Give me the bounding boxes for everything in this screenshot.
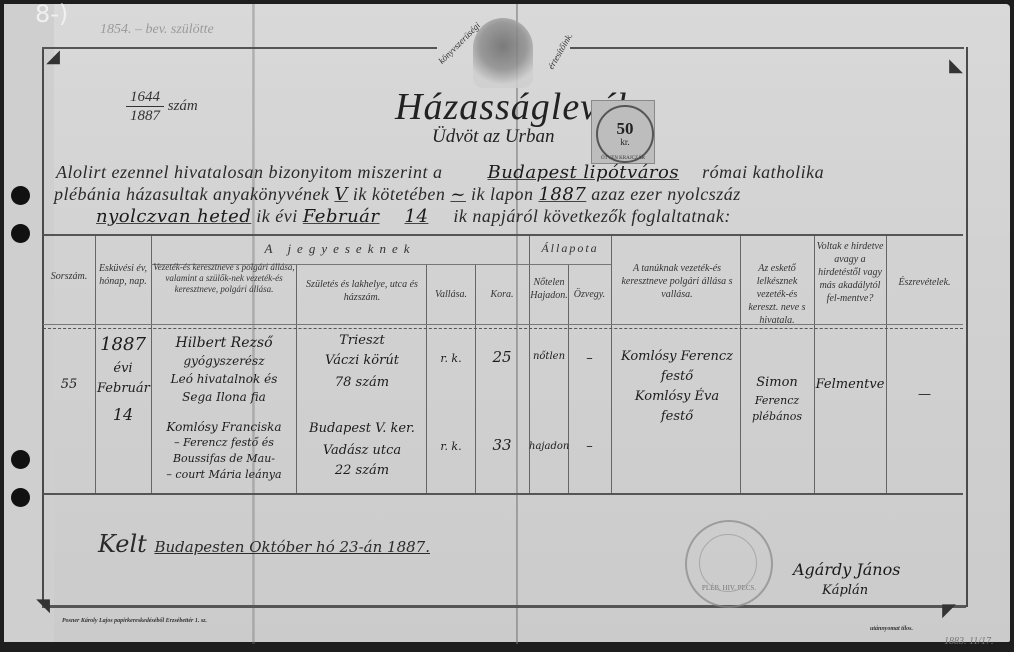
stamp-caption: ÖTVEN KRAJCZÁR — [592, 156, 654, 161]
registry-number: 1644 1887 szám — [126, 88, 198, 125]
col-header-age: Kora. — [475, 288, 529, 301]
certificate-line-3: nyolczvan heted ik évi Február 14 ik nap… — [96, 206, 731, 227]
col-header-remarks: Észrevételek. — [886, 276, 963, 289]
stamp-unit: kr. — [620, 137, 629, 147]
pencil-note: 1854. – bev. szülötte — [100, 22, 214, 38]
parish-seal: PLÉB. HIV. PECS. — [685, 520, 773, 608]
corner-ornament-icon: ◤ — [938, 599, 960, 621]
printed-text: ik kötetében — [353, 184, 445, 204]
printed-text: ik napjáról következők foglaltatnak: — [453, 206, 730, 226]
bride-age: 33 — [475, 436, 529, 454]
col-header-witnesses: A tanúknak vezeték-és keresztneve polgár… — [615, 262, 739, 301]
handwritten-year-words: nyolczvan heted — [96, 206, 251, 227]
entry-day: 14 — [97, 406, 149, 424]
handwritten-day: 14 — [405, 206, 429, 227]
printed-text: ik évi — [256, 206, 297, 226]
groom-address: Váczi körút — [299, 352, 425, 370]
seal-text: PLÉB. HIV. PECS. — [687, 584, 771, 592]
witness-2-occupation: festő — [615, 408, 739, 426]
corner-ornament-icon: ◥ — [32, 594, 54, 616]
groom-widowed: – — [568, 350, 611, 368]
col-header-birthplace: Születés és lakhelye, utca és házszám. — [299, 278, 425, 304]
marriage-register-table: A jegyeseknek Állapota Sorszám. Esküvési… — [43, 234, 963, 495]
groom-religion: r. k. — [427, 350, 475, 368]
handwritten-year: 1887 — [538, 184, 586, 205]
certificate-line-2: plébánia házasultak anyakönyvének V ik k… — [54, 184, 741, 205]
witness-2-name: Komlósy Éva — [615, 388, 739, 406]
bride-parents: – court Mária leánya — [153, 466, 295, 484]
stamp-value: 50 — [617, 121, 634, 137]
groom-house-number: 78 szám — [299, 374, 425, 392]
printed-text: Alolirt ezennel hivatalosan bizonyitom m… — [56, 162, 442, 182]
reprint-notice: utánnyomat tilos. — [870, 626, 913, 632]
entry-year: 1887 — [97, 336, 149, 354]
entry-month: Február — [97, 380, 149, 398]
bride-address: Vadász utca — [299, 442, 425, 460]
groom-parents: Sega Ilona fia — [153, 388, 295, 406]
date-issued: Kelt Budapesten Október hó 23-án 1887. — [98, 530, 430, 558]
groom-parents: Leó hivatalnok és — [153, 370, 295, 388]
groom-occupation: gyógyszerész — [153, 352, 295, 370]
frame-bottom — [42, 605, 966, 608]
col-header-priest: Az eskető lelkésznek vezeték-és kereszt.… — [741, 262, 813, 327]
printed-text: plébánia házasultak anyakönyvének — [54, 184, 329, 204]
groom-name: Hilbert Rezső — [153, 334, 295, 352]
banns-status: Felmentve — [815, 376, 885, 394]
groom-birthplace: Trieszt — [299, 332, 425, 350]
bride-house-number: 22 szám — [299, 462, 425, 480]
witness-1-occupation: festő — [615, 368, 739, 386]
punch-hole — [11, 224, 30, 243]
corner-ornament-icon: ◢ — [42, 45, 64, 67]
bride-birthplace: Budapest V. ker. — [299, 420, 425, 438]
corner-ornament-icon: ◣ — [945, 54, 967, 76]
column-divider — [296, 264, 297, 493]
groom-age: 25 — [475, 348, 529, 366]
registry-number-bottom: 1887 — [126, 107, 164, 125]
registry-suffix: szám — [168, 98, 198, 114]
column-divider — [95, 236, 96, 493]
witness-1-name: Komlósy Ferencz — [615, 348, 739, 366]
col-header-sorszam: Sorszám. — [43, 270, 95, 283]
header-divider — [529, 264, 611, 265]
printed-text: római katholika — [702, 162, 824, 182]
signature-title: Káplán — [822, 583, 868, 598]
column-divider — [886, 236, 887, 493]
fold-dashed-line — [43, 328, 963, 329]
archive-folder-number: 8-) — [35, 0, 68, 28]
handwritten-month: Február — [303, 206, 380, 227]
frame-top-left — [42, 47, 437, 49]
groom-status: nőtlen — [529, 348, 569, 366]
kelt-place-date: Budapesten Október hó 23-án 1887. — [154, 538, 430, 556]
document-greeting: Üdvöt az Urban — [432, 126, 554, 148]
punch-hole — [11, 450, 30, 469]
group-header-couple: A jegyeseknek — [151, 242, 529, 255]
kelt-label: Kelt — [98, 530, 147, 558]
header-bottom-line — [43, 324, 963, 325]
column-divider — [151, 236, 152, 493]
remarks: — — [886, 386, 963, 404]
col-header-banns: Voltak e hirdetve avagy a hirdetéstől va… — [815, 240, 885, 305]
frame-top-right — [570, 47, 964, 49]
punch-hole — [11, 488, 30, 507]
handwritten-volume: V — [334, 184, 348, 205]
printed-text: ik lapon — [471, 184, 534, 204]
priest-title: plébános — [741, 408, 813, 426]
bride-widowed: – — [568, 438, 611, 456]
handwritten-parish: Budapest lipótváros — [487, 162, 679, 183]
entry-year-word: évi — [97, 360, 149, 378]
col-header-widowed: Özvegy. — [568, 288, 611, 301]
col-header-religion: Vallása. — [427, 288, 475, 301]
column-divider — [611, 236, 612, 493]
col-header-name: Vezeték-és keresztneve s polgári állása,… — [153, 262, 295, 295]
registry-number-top: 1644 — [126, 88, 164, 107]
col-header-single: Nőtelen Hajadon. — [530, 276, 568, 302]
bride-religion: r. k. — [427, 438, 475, 456]
printed-text: azaz ezer nyolcszáz — [591, 184, 741, 204]
bride-status: hajadon — [529, 438, 569, 456]
handwritten-page: ~ — [450, 184, 466, 205]
entry-number: 55 — [43, 376, 95, 394]
holy-family-emblem-icon — [473, 18, 533, 88]
col-header-eskuvo: Esküvési év, hónap, nap. — [97, 262, 149, 288]
signature: Agárdy János — [793, 560, 900, 579]
punch-hole — [11, 186, 30, 205]
revenue-stamp: 50 kr. ÖTVEN KRAJCZÁR — [591, 100, 655, 164]
group-header-status: Állapota — [529, 242, 611, 255]
reference-pencil-note: 1883. 11/17. — [944, 636, 994, 647]
priest-name: Simon — [741, 374, 813, 392]
certificate-line-1: Alolirt ezennel hivatalosan bizonyitom m… — [56, 162, 824, 183]
printer-credit: Posner Károly Lajos papirkereskedéséből … — [62, 618, 207, 624]
